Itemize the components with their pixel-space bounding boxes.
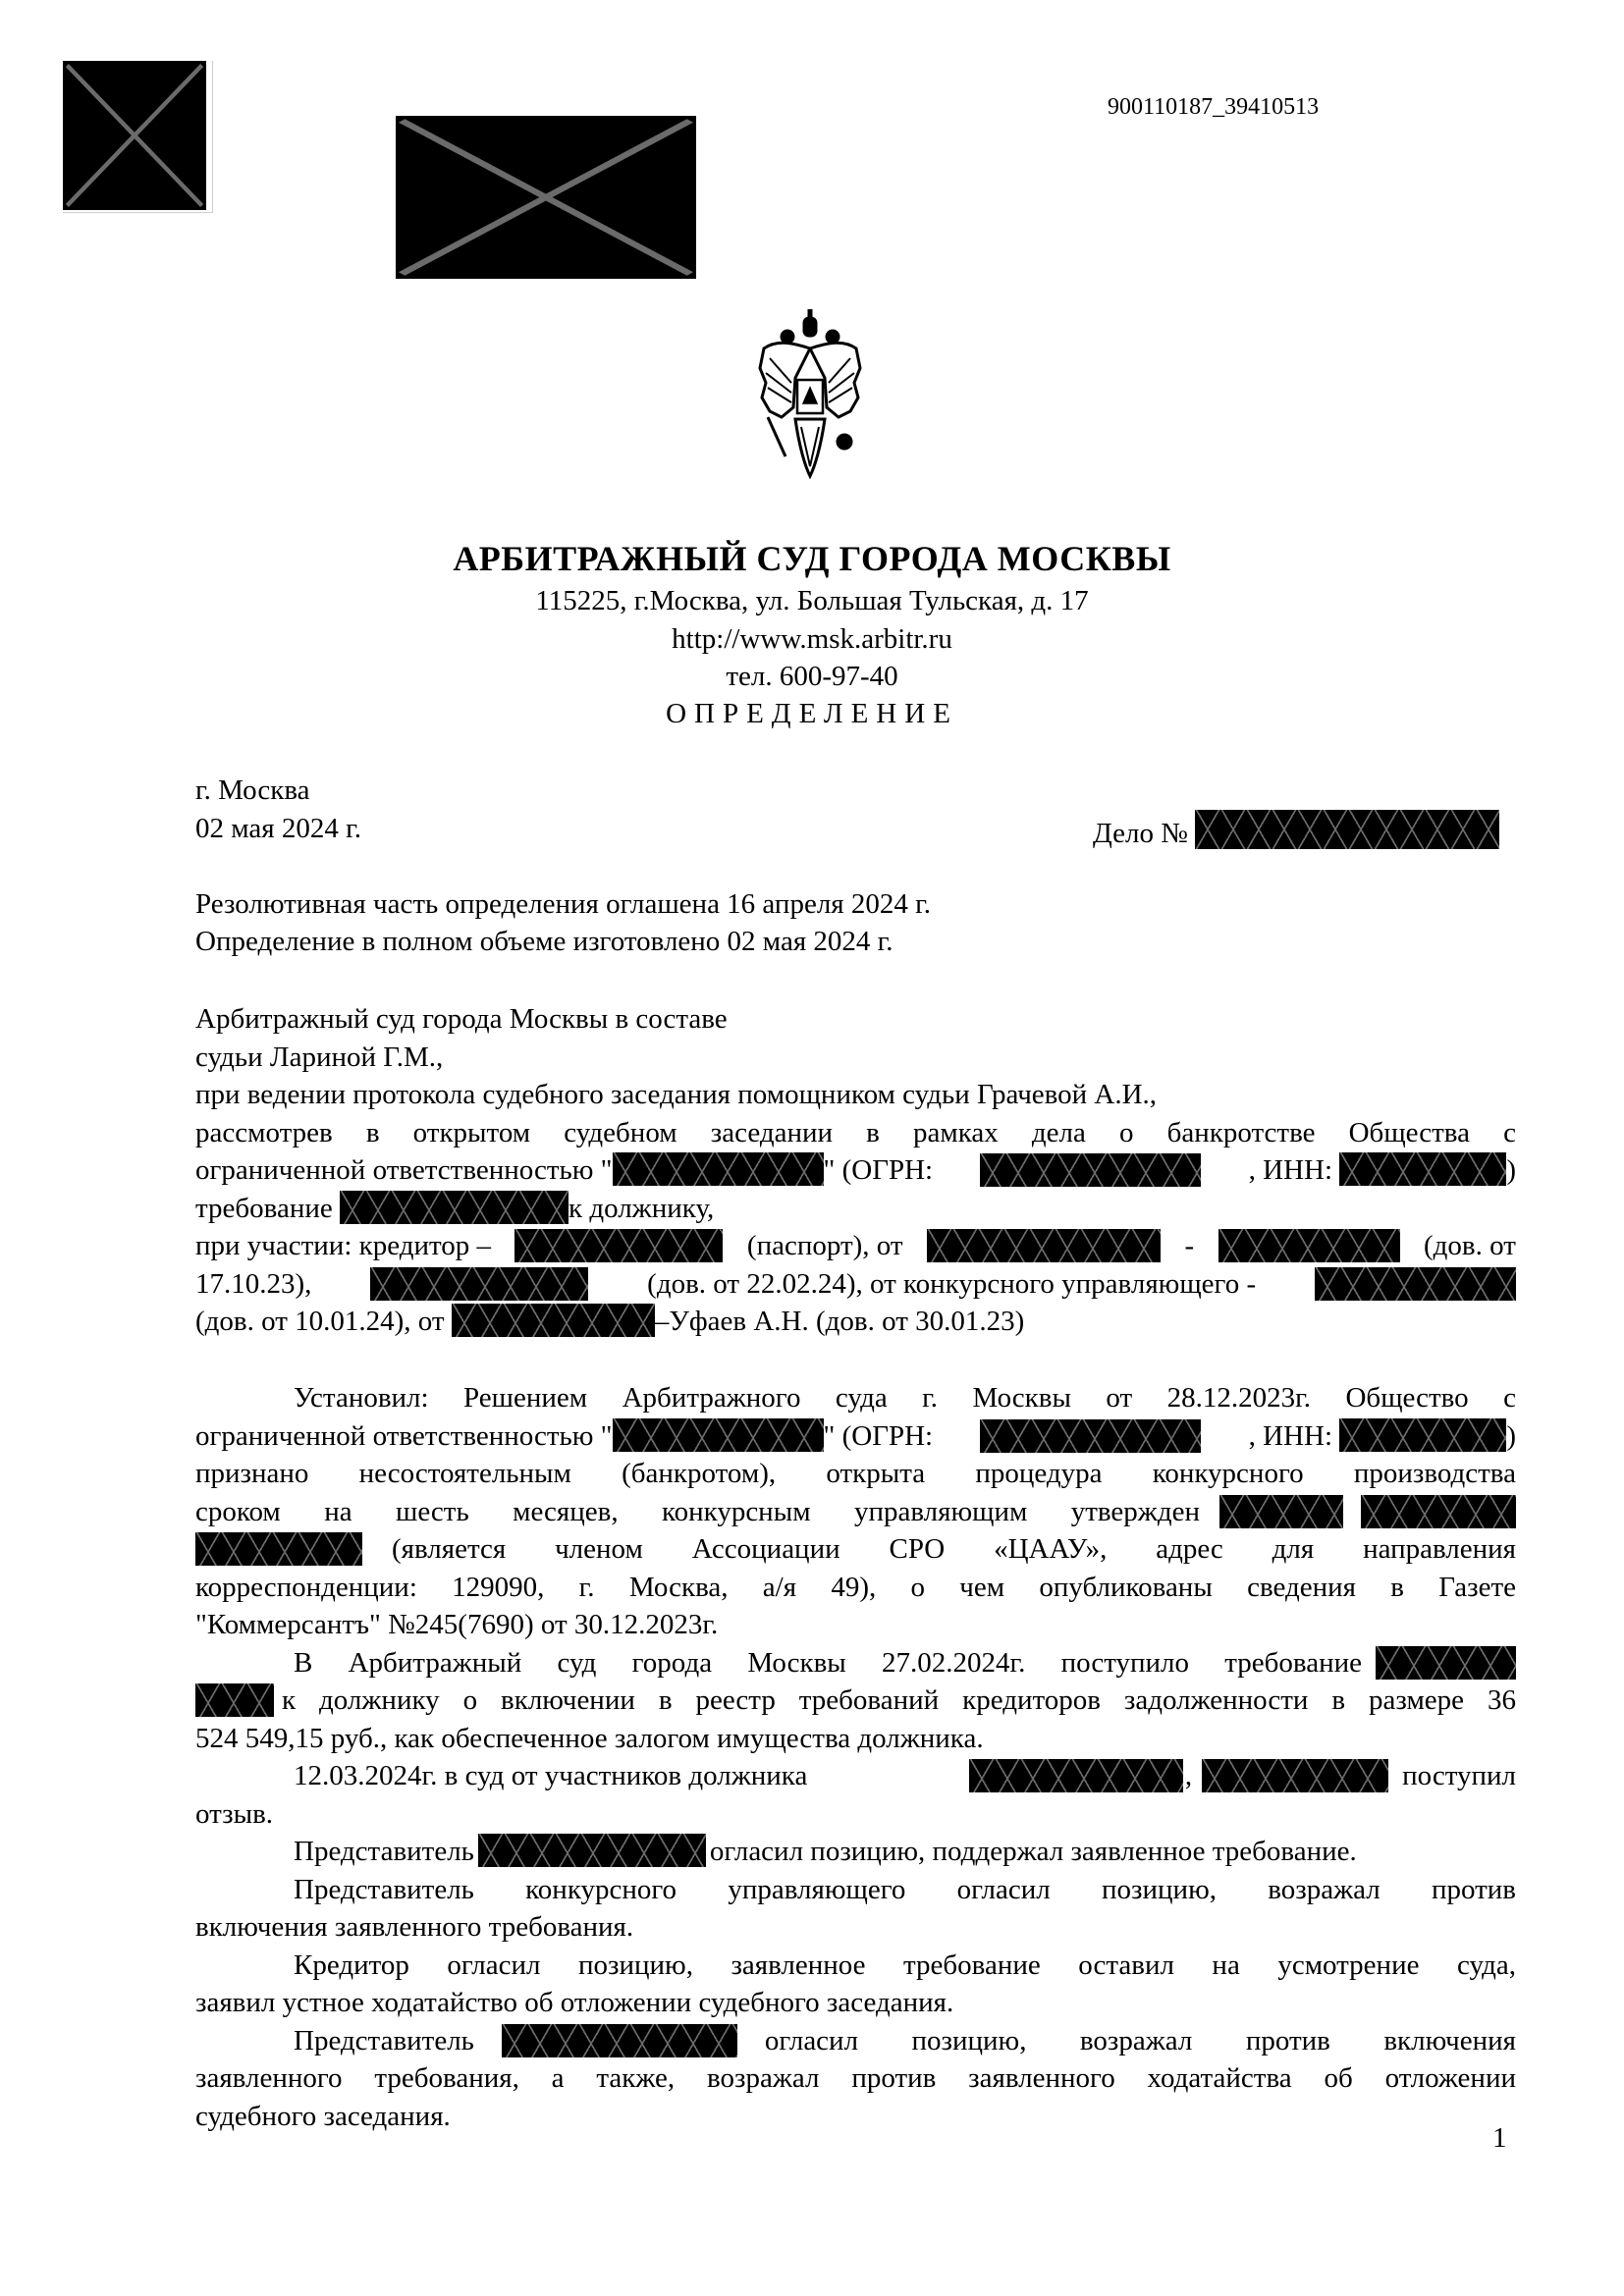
text: –Уфаев А.Н. (дов. от 30.01.23) — [655, 1306, 1024, 1337]
court-website-link[interactable]: http://www.msk.arbitr.ru — [0, 623, 1624, 656]
text: требование — [195, 1193, 333, 1224]
redacted-creditor — [195, 1683, 274, 1717]
document-id: 900110187_39410513 — [1108, 94, 1319, 121]
paragraph-line: отзыв. — [195, 1795, 1516, 1834]
redacted-representative — [370, 1267, 588, 1301]
paragraph-line: Установил: Решением Арбитражного суда г.… — [195, 1379, 1516, 1417]
paragraph-line: заявил устное ходатайство об отложении с… — [195, 1984, 1516, 2022]
text: ограниченной ответственностью " — [195, 1420, 613, 1452]
paragraph-line: Представительогласил позицию, поддержал … — [195, 1833, 1516, 1871]
text: Представитель — [294, 2022, 474, 2060]
text: сроком на шесть месяцев, конкурсным упра… — [195, 1493, 1200, 1531]
resolution-announced: Резолютивная часть определения оглашена … — [195, 885, 1516, 924]
text: ) — [1506, 1420, 1516, 1452]
redacted-ogrn — [980, 1419, 1201, 1453]
text: - — [1184, 1227, 1194, 1265]
court-phone: тел. 600-97-40 — [0, 661, 1624, 693]
text: " (ОГРН: — [824, 1420, 934, 1452]
paragraph-line: Представитель огласил позицию, возражал … — [195, 2022, 1516, 2060]
redacted-manager-patronymic — [195, 1532, 362, 1566]
document-meta: г. Москва 02 мая 2024 г. Дело № Резолюти… — [195, 772, 1516, 961]
redacted-creditor-representative — [478, 1834, 706, 1867]
paragraph-line: судебного заседания. — [195, 2098, 1516, 2136]
redaction-box — [63, 61, 206, 210]
paragraph-line: (является членом Ассоциации СРО «ЦААУ», … — [195, 1530, 1516, 1569]
judge-line: судьи Лариной Г.М., — [195, 1039, 1516, 1077]
decision-date: 02 мая 2024 г. — [195, 813, 361, 844]
redacted-creditor-name — [514, 1229, 723, 1262]
established-section: Установил: Решением Арбитражного суда г.… — [195, 1379, 1516, 2135]
intro-line: при участии: кредитор – (паспорт), от - … — [195, 1227, 1516, 1265]
text: (является членом Ассоциации СРО «ЦААУ», … — [392, 1530, 1516, 1569]
text: 17.10.23), — [195, 1265, 311, 1304]
paragraph-line: В Арбитражный суд города Москвы 27.02.20… — [195, 1644, 1516, 1682]
redacted-case-number — [1195, 810, 1499, 849]
paragraph-line: Кредитор огласил позицию, заявленное тре… — [195, 1947, 1516, 1985]
intro-line: (дов. от 10.01.24), от –Уфаев А.Н. (дов.… — [195, 1303, 1516, 1341]
redacted-party — [452, 1304, 655, 1337]
text: ограниченной ответственностью " — [195, 1154, 613, 1186]
text: при участии: кредитор – — [195, 1227, 491, 1265]
secretary-line: при ведении протокола судебного заседани… — [195, 1076, 1516, 1114]
paragraph-line: корреспонденции: 129090, г. Москва, а/я … — [195, 1569, 1516, 1607]
redacted-manager-surname — [1219, 1495, 1343, 1528]
redacted-manager-representative — [1315, 1267, 1516, 1301]
case-number-label: Дело № — [1093, 818, 1188, 849]
intro-line: Арбитражный суд города Москвы в составе — [195, 1000, 1516, 1039]
text: , ИНН: — [1249, 1420, 1332, 1452]
text: " (ОГРН: — [824, 1154, 934, 1186]
redacted-representative — [1218, 1229, 1400, 1262]
text: (дов. от — [1424, 1227, 1516, 1265]
intro-line: требование к должнику, — [195, 1190, 1516, 1228]
paragraph-line: признано несостоятельным (банкротом), от… — [195, 1455, 1516, 1493]
paragraph-line: сроком на шесть месяцев, конкурсным упра… — [195, 1493, 1516, 1531]
redacted-representative — [927, 1229, 1161, 1262]
redacted-participant — [1202, 1759, 1388, 1792]
city: г. Москва — [195, 772, 1516, 810]
intro-line: 17.10.23), (дов. от 22.02.24), от конкур… — [195, 1265, 1516, 1304]
redacted-inn — [1339, 1418, 1506, 1452]
paragraph-line: ограниченной ответственностью "" (ОГРН: … — [195, 1417, 1516, 1456]
text: В Арбитражный суд города Москвы 27.02.20… — [195, 1644, 1362, 1682]
text: (дов. от 22.02.24), от конкурсного управ… — [647, 1265, 1256, 1304]
redacted-stamp-block — [396, 116, 696, 279]
paragraph-line: "Коммерсантъ" №245(7690) от 30.12.2023г. — [195, 1606, 1516, 1644]
text: огласил позицию, возражал против включен… — [765, 2022, 1516, 2060]
text: (паспорт), от — [747, 1227, 903, 1265]
redacted-company-name — [613, 1152, 824, 1186]
paragraph-line: 524 549,15 руб., как обеспеченное залого… — [195, 1720, 1516, 1758]
full-text-prepared: Определение в полном объеме изготовлено … — [195, 923, 1516, 961]
text: , — [1185, 1757, 1192, 1795]
intro-line: ограниченной ответственностью "" (ОГРН: … — [195, 1151, 1516, 1190]
paragraph-line: Представитель конкурсного управляющего о… — [195, 1871, 1516, 1909]
court-address: 115225, г.Москва, ул. Большая Тульская, … — [0, 585, 1624, 617]
paragraph-line: заявленного требования, а также, возража… — [195, 2059, 1516, 2098]
text: 12.03.2024г. в суд от участников должник… — [195, 1757, 969, 1795]
text: (дов. от 10.01.24), от — [195, 1306, 445, 1337]
paragraph-line: 12.03.2024г. в суд от участников должник… — [195, 1757, 1516, 1795]
redacted-participant-representative — [502, 2024, 737, 2057]
redacted-inn — [1339, 1152, 1506, 1186]
redacted-ogrn — [980, 1153, 1201, 1187]
text: к должнику о включении в реестр требован… — [282, 1682, 1516, 1720]
redacted-logo-block — [63, 61, 213, 213]
redacted-manager-name — [1361, 1495, 1516, 1528]
redacted-creditor — [1376, 1646, 1516, 1680]
text: к должнику, — [568, 1193, 714, 1224]
text: поступил — [1402, 1757, 1516, 1795]
text: Представитель — [294, 1836, 474, 1867]
intro-line: рассмотрев в открытом судебном заседании… — [195, 1114, 1516, 1152]
paragraph-line: к должнику о включении в реестр требован… — [195, 1682, 1516, 1720]
redacted-participant — [969, 1759, 1183, 1792]
document-type-title: ОПРЕДЕЛЕНИЕ — [0, 698, 1624, 730]
text: ) — [1506, 1154, 1516, 1186]
text: огласил позицию, поддержал заявленное тр… — [710, 1836, 1357, 1867]
russian-coat-of-arms-icon — [756, 309, 864, 501]
paragraph-line: включения заявленного требования. — [195, 1908, 1516, 1947]
redacted-creditor — [340, 1191, 568, 1224]
page-number: 1 — [1492, 2122, 1507, 2155]
redacted-company-name — [613, 1418, 824, 1452]
intro-section: Арбитражный суд города Москвы в составе … — [195, 1000, 1516, 1341]
court-name: АРБИТРАЖНЫЙ СУД ГОРОДА МОСКВЫ — [0, 538, 1624, 579]
text: , ИНН: — [1249, 1154, 1332, 1186]
